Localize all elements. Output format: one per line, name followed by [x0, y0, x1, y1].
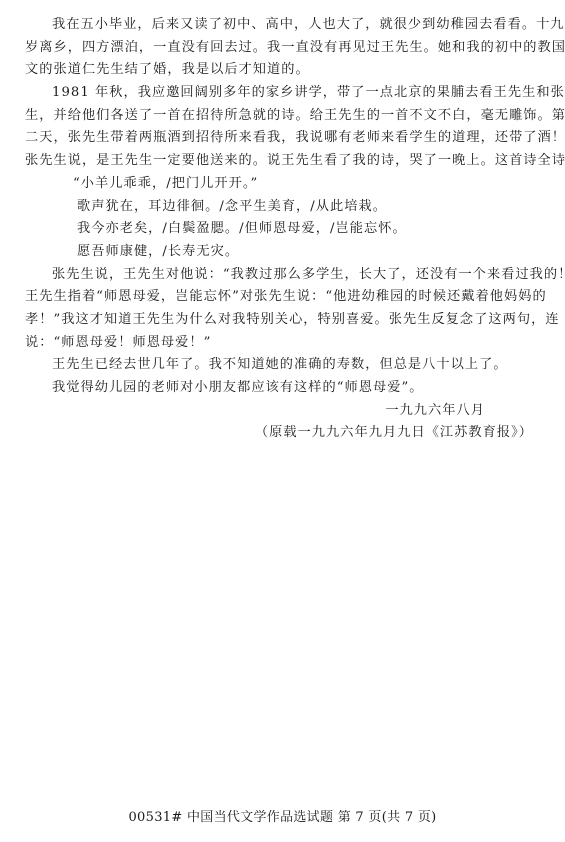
poem-line: “小羊儿乖乖，/把门儿开开。” — [25, 173, 539, 196]
text-line: 生，并给他们各送了一首在招待所急就的诗。给王先生的一首不文不白，毫无雕饰。第 — [25, 105, 539, 128]
poem-line: 愿吾师康健，/长寿无灾。 — [25, 241, 539, 264]
source-line: （原载一九九六年九月九日《江苏教育报》） — [25, 422, 539, 445]
document-body: 我在五小毕业，后来又读了初中、高中，人也大了，就很少到幼稚园去看看。十九 岁离乡… — [25, 14, 539, 445]
text-line: 张先生说，王先生对他说：“我教过那么多学生，长大了，还没有一个来看过我的！” — [25, 264, 539, 287]
text-line: 二天，张先生带着两瓶酒到招待所来看我，我说哪有老师来看学生的道理，还带了酒！ — [25, 127, 539, 150]
text-line: 孝！”我这才知道王先生为什么对我特别关心，特别喜爱。张先生反复念了这两句，连 — [25, 309, 539, 332]
text-line: 文的张道仁先生结了婚，我是以后才知道的。 — [25, 59, 539, 82]
text-line: 张先生说，是王先生一定要他送来的。说王先生看了我的诗，哭了一晚上。这首诗全诗是： — [25, 150, 539, 173]
poem-line: 我今亦老矣，/白鬓盈腮。/但师恩母爱，/岂能忘怀。 — [25, 218, 539, 241]
text-line: 说：“师恩母爱！师恩母爱！” — [25, 332, 539, 355]
text-line: 我觉得幼儿园的老师对小朋友都应该有这样的“师恩母爱”。 — [25, 377, 539, 400]
text-line: 我在五小毕业，后来又读了初中、高中，人也大了，就很少到幼稚园去看看。十九 — [25, 14, 539, 37]
date-line: 一九九六年八月 — [25, 400, 539, 423]
text-line: 1981 年秋，我应邀回阔别多年的家乡讲学，带了一点北京的果脯去看王先生和张先 — [25, 82, 539, 105]
page-footer: 00531# 中国当代文学作品选试题 第 7 页(共 7 页) — [0, 806, 565, 825]
text-line: 岁离乡，四方漂泊，一直没有回去过。我一直没有再见过王先生。她和我的初中的教国 — [25, 37, 539, 60]
text-line: 王先生已经去世几年了。我不知道她的准确的寿数，但总是八十以上了。 — [25, 354, 539, 377]
poem-line: 歌声犹在，耳边徘徊。/念平生美育，/从此培栽。 — [25, 196, 539, 219]
text-line: 王先生指着“师恩母爱，岂能忘怀”对张先生说：“他进幼稚园的时候还戴着他妈妈的 — [25, 286, 539, 309]
